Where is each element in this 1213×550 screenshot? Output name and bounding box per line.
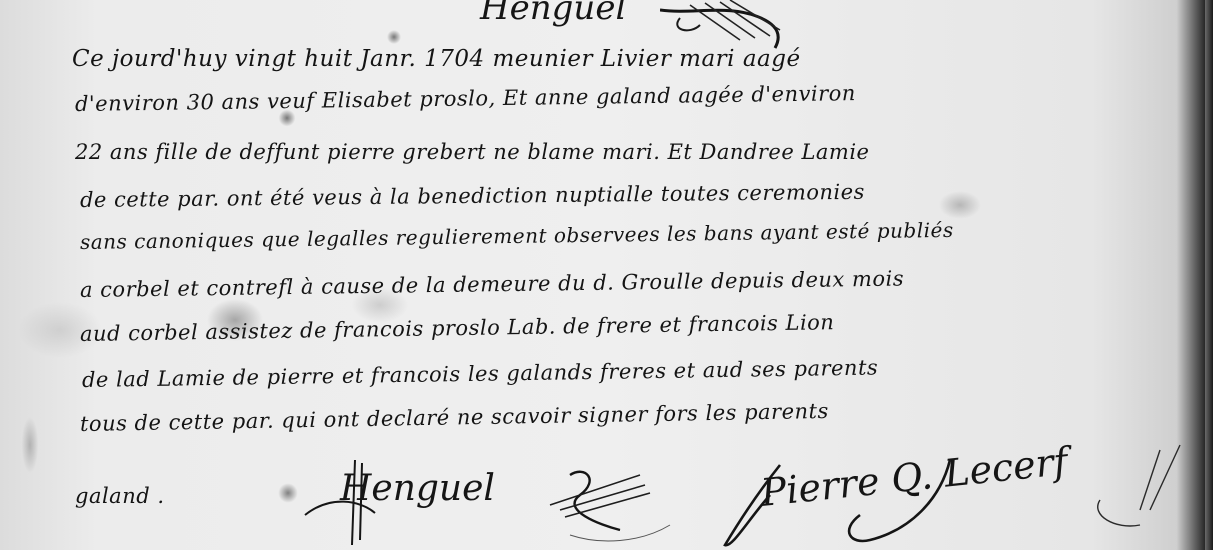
document-page: Henguel Ce jourd'huy vingt huit Janr. 17… (0, 0, 1213, 550)
record-line-2: d'environ 30 ans veuf Elisabet proslo, E… (75, 81, 856, 116)
page-edge-shadow (1205, 0, 1213, 550)
record-line-4: de cette par. ont été veus à la benedict… (80, 180, 865, 212)
record-line-6: a corbel et contrefl à cause de la demeu… (80, 266, 904, 302)
record-line-9: tous de cette par. qui ont declaré ne sc… (80, 399, 829, 436)
header-signature: Henguel (480, 0, 626, 28)
signature-flourish-pierre (720, 440, 1200, 550)
record-line-5: sans canoniques que legalles reguliereme… (80, 218, 954, 254)
record-line-8: de lad Lamie de pierre et francois les g… (82, 355, 879, 392)
signature-flourish-henguel (300, 455, 700, 550)
record-line-1: Ce jourd'huy vingt huit Janr. 1704 meuni… (72, 46, 801, 72)
record-line-10: galand . (75, 484, 165, 508)
record-line-7: aud corbel assistez de francois proslo L… (80, 310, 835, 346)
record-line-3: 22 ans fille de deffunt pierre grebert n… (75, 140, 869, 164)
